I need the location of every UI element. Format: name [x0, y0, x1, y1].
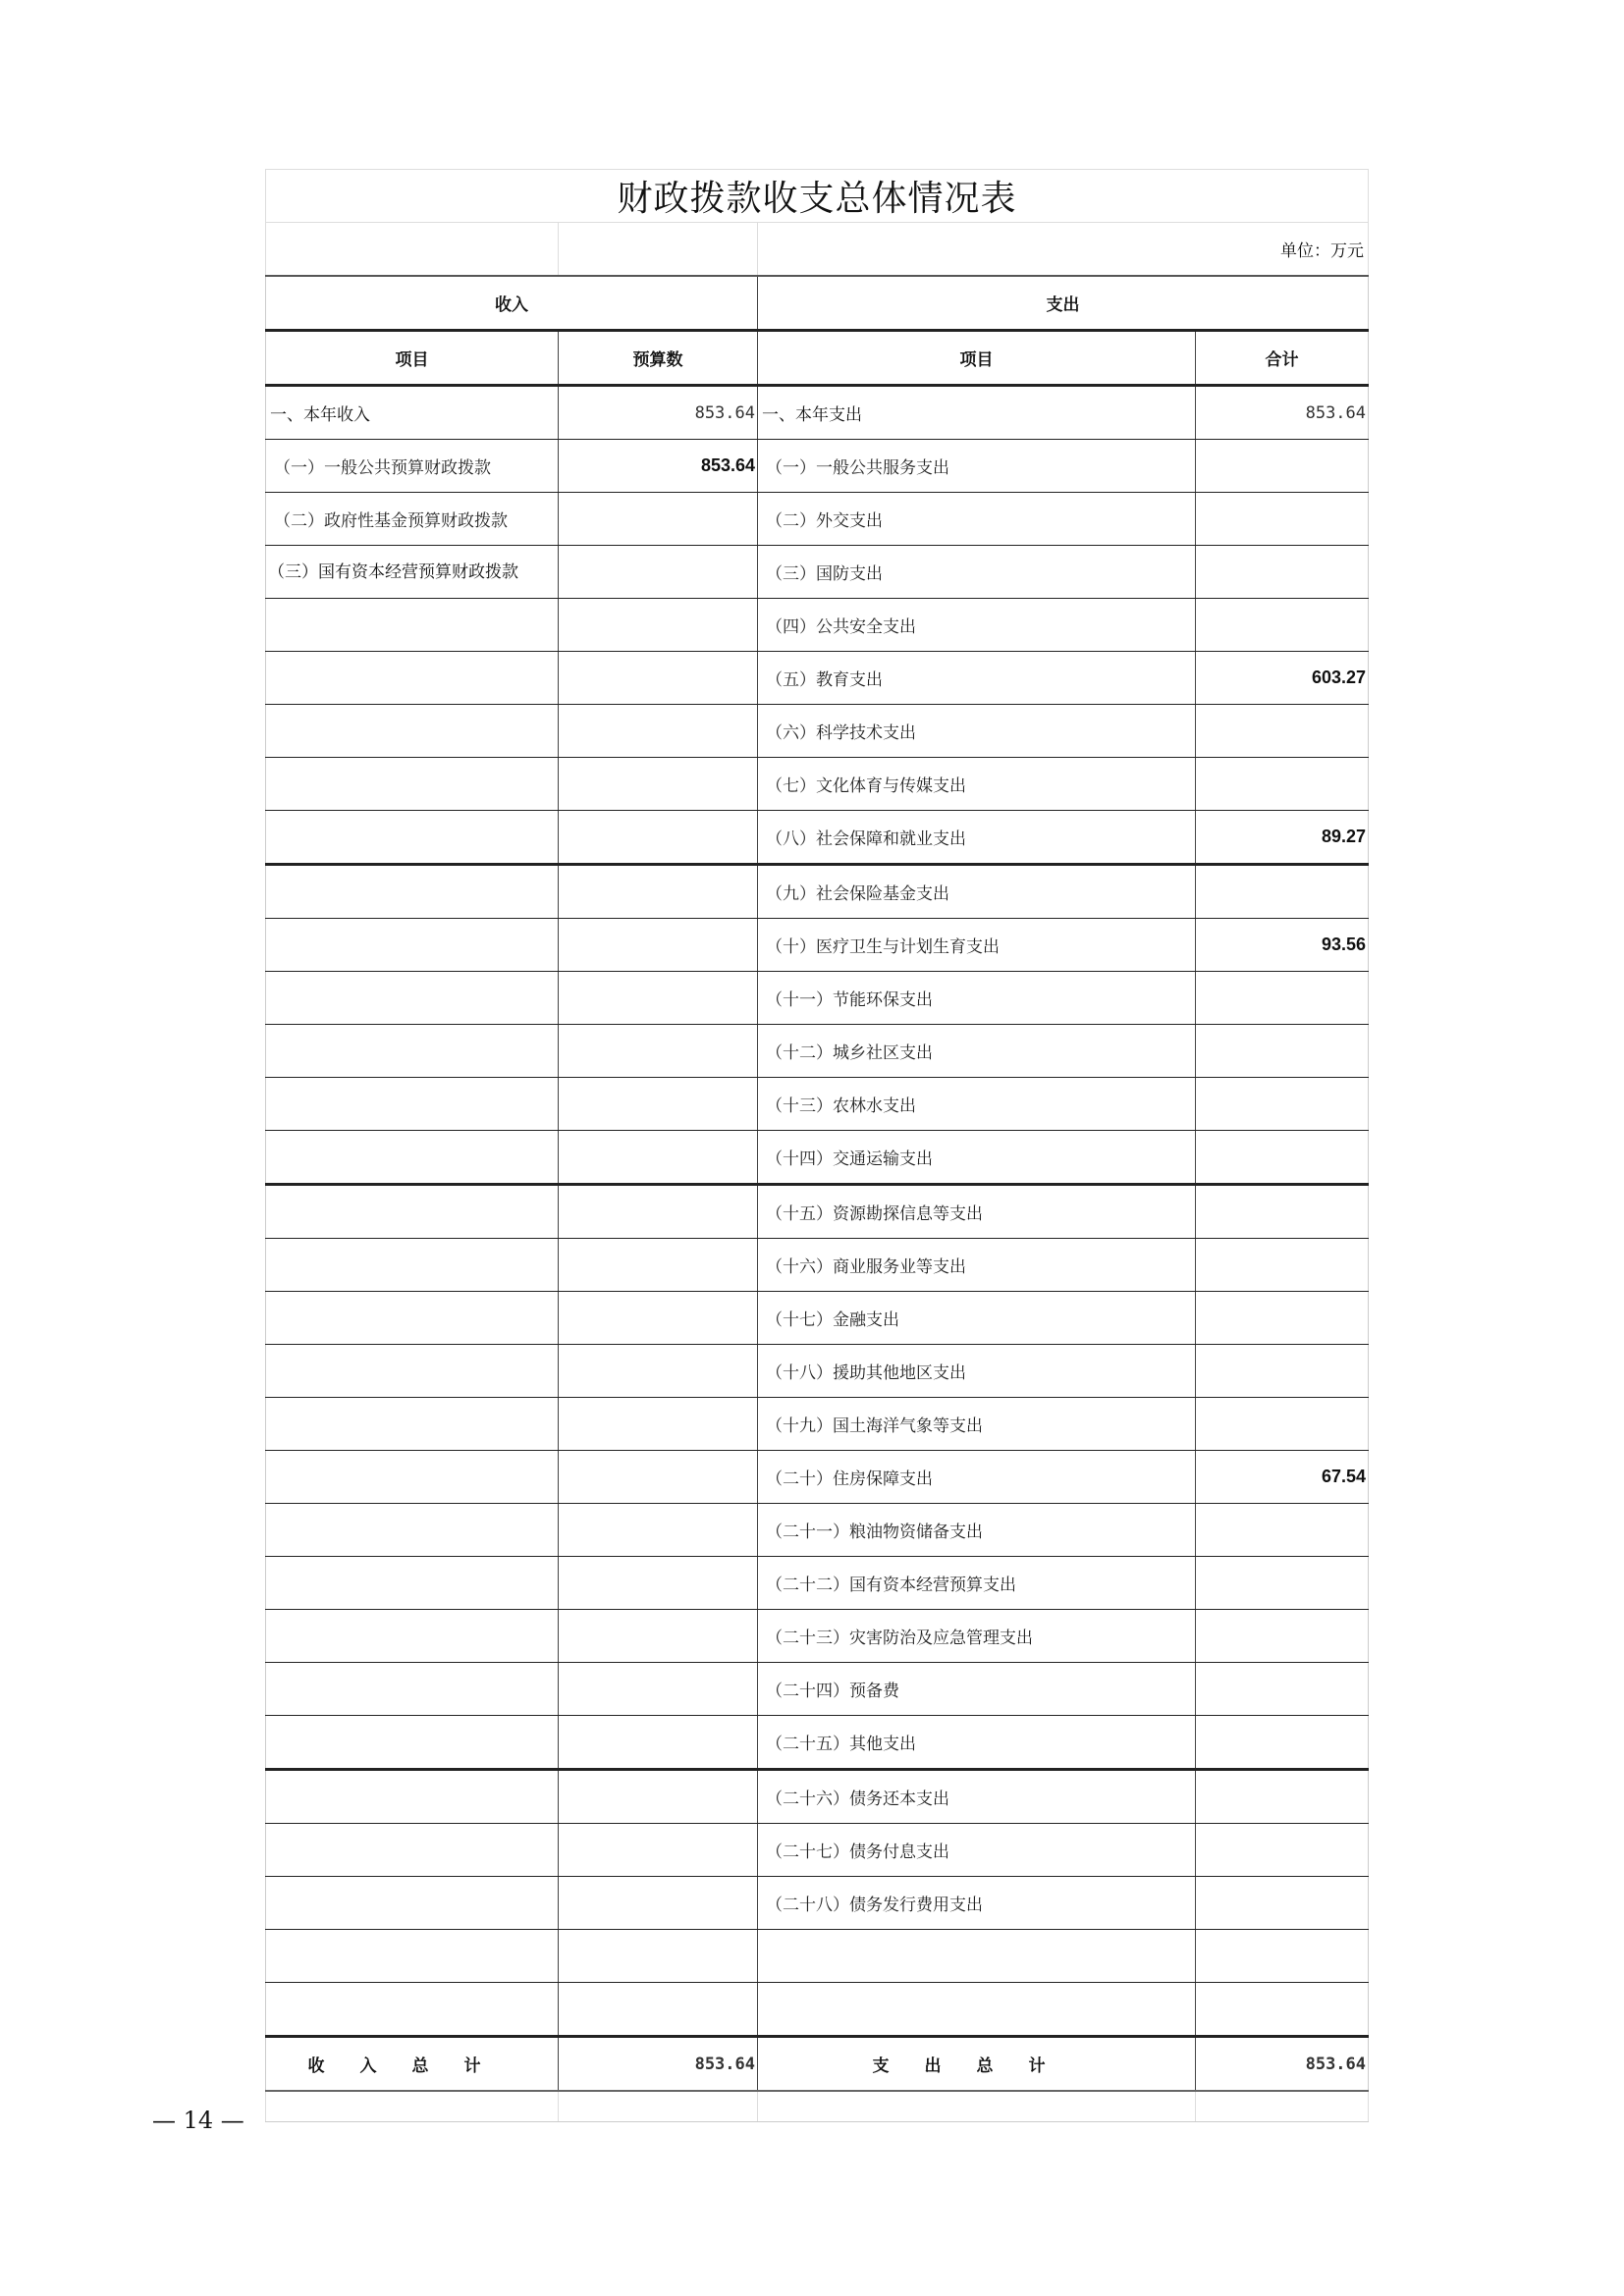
income-item-cell: （三）国有资本经营预算财政拨款	[266, 546, 559, 599]
expense-amount-cell	[1196, 1292, 1369, 1345]
income-item-cell	[266, 1930, 559, 1983]
blank-cell	[1196, 2091, 1369, 2122]
income-amount-cell: 853.64	[559, 440, 758, 493]
income-item-cell	[266, 1610, 559, 1663]
income-amount-cell	[559, 493, 758, 546]
income-amount-cell	[559, 652, 758, 705]
expense-item-cell: （十九）国土海洋气象等支出	[758, 1398, 1196, 1451]
fiscal-appropriation-table: 财政拨款收支总体情况表 单位：万元 收入 支出 项目 预算数 项目 合计 一、本…	[265, 169, 1369, 2122]
income-item-cell	[266, 1716, 559, 1770]
income-amount-cell	[559, 1185, 758, 1239]
income-item-cell	[266, 1504, 559, 1557]
expense-section-header: 支出	[758, 276, 1369, 331]
expense-item-cell: （五）教育支出	[758, 652, 1196, 705]
income-amount-cell	[559, 1078, 758, 1131]
expense-amount-cell	[1196, 599, 1369, 652]
expense-item-cell: （七）文化体育与传媒支出	[758, 758, 1196, 811]
expense-amount-header: 合计	[1196, 331, 1369, 386]
table-row: （十九）国土海洋气象等支出	[266, 1398, 1369, 1451]
table-row: （八）社会保障和就业支出89.27	[266, 811, 1369, 865]
income-amount-cell	[559, 919, 758, 972]
budget-sheet: 财政拨款收支总体情况表 单位：万元 收入 支出 项目 预算数 项目 合计 一、本…	[265, 169, 1368, 2122]
income-item-cell	[266, 1557, 559, 1610]
page-number: — 14 —	[152, 2107, 244, 2134]
income-section-header: 收入	[266, 276, 758, 331]
expense-item-cell: （二十六）债务还本支出	[758, 1770, 1196, 1824]
expense-amount-cell	[1196, 705, 1369, 758]
expense-amount-cell	[1196, 972, 1369, 1025]
expense-item-cell: （二）外交支出	[758, 493, 1196, 546]
income-item-cell	[266, 652, 559, 705]
expense-amount-cell	[1196, 1930, 1369, 1983]
table-row: （六）科学技术支出	[266, 705, 1369, 758]
table-row: （一）一般公共预算财政拨款853.64（一）一般公共服务支出	[266, 440, 1369, 493]
table-row: （二十六）债务还本支出	[266, 1770, 1369, 1824]
table-title: 财政拨款收支总体情况表	[266, 170, 1369, 223]
income-item-cell	[266, 1398, 559, 1451]
expense-amount-cell	[1196, 1398, 1369, 1451]
expense-total-amount: 853.64	[1196, 2037, 1369, 2092]
expense-item-cell: （二十二）国有资本经营预算支出	[758, 1557, 1196, 1610]
income-item-cell	[266, 1025, 559, 1078]
table-row: （二十一）粮油物资储备支出	[266, 1504, 1369, 1557]
income-amount-cell	[559, 758, 758, 811]
blank-footer-row	[266, 2091, 1369, 2122]
income-item-cell	[266, 1185, 559, 1239]
expense-amount-cell	[1196, 493, 1369, 546]
table-row: （十二）城乡社区支出	[266, 1025, 1369, 1078]
expense-total-label: 支出总计	[758, 2037, 1196, 2092]
expense-item-cell: （十二）城乡社区支出	[758, 1025, 1196, 1078]
table-row: （七）文化体育与传媒支出	[266, 758, 1369, 811]
income-item-cell	[266, 919, 559, 972]
table-row	[266, 1930, 1369, 1983]
expense-item-cell: （二十五）其他支出	[758, 1716, 1196, 1770]
income-item-cell: （二）政府性基金预算财政拨款	[266, 493, 559, 546]
expense-item-cell: （八）社会保障和就业支出	[758, 811, 1196, 865]
income-item-cell	[266, 1345, 559, 1398]
income-item-cell: （一）一般公共预算财政拨款	[266, 440, 559, 493]
expense-item-header: 项目	[758, 331, 1196, 386]
blank-cell	[758, 2091, 1196, 2122]
income-amount-cell	[559, 1824, 758, 1877]
income-item-cell: 一、本年收入	[266, 386, 559, 440]
income-amount-header: 预算数	[559, 331, 758, 386]
income-item-cell	[266, 1131, 559, 1185]
table-row: （十）医疗卫生与计划生育支出93.56	[266, 919, 1369, 972]
table-row: （二十二）国有资本经营预算支出	[266, 1557, 1369, 1610]
income-item-cell	[266, 811, 559, 865]
income-item-cell	[266, 705, 559, 758]
expense-amount-cell	[1196, 1025, 1369, 1078]
table-row: （二十七）债务付息支出	[266, 1824, 1369, 1877]
income-amount-cell: 853.64	[559, 386, 758, 440]
blank-cell	[266, 223, 559, 277]
income-amount-cell	[559, 1025, 758, 1078]
expense-item-cell	[758, 1983, 1196, 2037]
expense-item-cell: （十八）援助其他地区支出	[758, 1345, 1196, 1398]
income-item-cell	[266, 1983, 559, 2037]
blank-cell	[266, 2091, 559, 2122]
expense-item-cell: （二十一）粮油物资储备支出	[758, 1504, 1196, 1557]
expense-amount-cell	[1196, 1663, 1369, 1716]
expense-amount-cell	[1196, 1610, 1369, 1663]
expense-item-cell: （十六）商业服务业等支出	[758, 1239, 1196, 1292]
totals-row: 收入总计853.64支出总计853.64	[266, 2037, 1369, 2092]
income-item-cell	[266, 1663, 559, 1716]
table-row: （二十五）其他支出	[266, 1716, 1369, 1770]
expense-item-cell: （十五）资源勘探信息等支出	[758, 1185, 1196, 1239]
expense-item-cell	[758, 1930, 1196, 1983]
income-amount-cell	[559, 1398, 758, 1451]
table-row: （二十三）灾害防治及应急管理支出	[266, 1610, 1369, 1663]
table-row: （十八）援助其他地区支出	[266, 1345, 1369, 1398]
expense-amount-cell	[1196, 865, 1369, 919]
blank-cell	[559, 2091, 758, 2122]
expense-item-cell: （十三）农林水支出	[758, 1078, 1196, 1131]
income-total-label: 收入总计	[266, 2037, 559, 2092]
expense-item-cell: （十四）交通运输支出	[758, 1131, 1196, 1185]
income-total-amount: 853.64	[559, 2037, 758, 2092]
expense-item-cell: （二十七）债务付息支出	[758, 1824, 1196, 1877]
income-amount-cell	[559, 1239, 758, 1292]
expense-item-cell: （六）科学技术支出	[758, 705, 1196, 758]
income-amount-cell	[559, 1292, 758, 1345]
expense-amount-cell	[1196, 1239, 1369, 1292]
expense-amount-cell	[1196, 1078, 1369, 1131]
expense-amount-cell	[1196, 546, 1369, 599]
expense-amount-cell: 93.56	[1196, 919, 1369, 972]
unit-label: 单位：万元	[758, 223, 1369, 277]
income-item-header: 项目	[266, 331, 559, 386]
income-item-cell	[266, 1451, 559, 1504]
table-row: （四）公共安全支出	[266, 599, 1369, 652]
income-amount-cell	[559, 1663, 758, 1716]
income-amount-cell	[559, 599, 758, 652]
expense-amount-cell	[1196, 440, 1369, 493]
income-amount-cell	[559, 1930, 758, 1983]
expense-item-cell: （三）国防支出	[758, 546, 1196, 599]
table-row: （十五）资源勘探信息等支出	[266, 1185, 1369, 1239]
income-amount-cell	[559, 1610, 758, 1663]
table-row: （二十八）债务发行费用支出	[266, 1877, 1369, 1930]
table-row: （五）教育支出603.27	[266, 652, 1369, 705]
blank-cell	[559, 223, 758, 277]
table-row: （二）政府性基金预算财政拨款（二）外交支出	[266, 493, 1369, 546]
expense-amount-cell	[1196, 1877, 1369, 1930]
expense-amount-cell: 603.27	[1196, 652, 1369, 705]
expense-item-cell: （二十四）预备费	[758, 1663, 1196, 1716]
income-item-cell	[266, 1877, 559, 1930]
income-item-cell	[266, 972, 559, 1025]
income-amount-cell	[559, 1877, 758, 1930]
table-row: （十一）节能环保支出	[266, 972, 1369, 1025]
expense-amount-cell	[1196, 1131, 1369, 1185]
expense-item-cell: （四）公共安全支出	[758, 599, 1196, 652]
expense-item-cell: 一、本年支出	[758, 386, 1196, 440]
income-amount-cell	[559, 972, 758, 1025]
income-amount-cell	[559, 1770, 758, 1824]
expense-amount-cell	[1196, 1770, 1369, 1824]
expense-amount-cell	[1196, 1716, 1369, 1770]
table-row: （十三）农林水支出	[266, 1078, 1369, 1131]
income-item-cell	[266, 1239, 559, 1292]
income-amount-cell	[559, 1983, 758, 2037]
income-item-cell	[266, 1292, 559, 1345]
income-amount-cell	[559, 811, 758, 865]
expense-item-cell: （二十）住房保障支出	[758, 1451, 1196, 1504]
income-amount-cell	[559, 1557, 758, 1610]
expense-item-cell: （一）一般公共服务支出	[758, 440, 1196, 493]
table-row: （三）国有资本经营预算财政拨款（三）国防支出	[266, 546, 1369, 599]
table-row: 一、本年收入853.64一、本年支出853.64	[266, 386, 1369, 440]
income-item-cell	[266, 1078, 559, 1131]
income-item-cell	[266, 599, 559, 652]
income-amount-cell	[559, 1131, 758, 1185]
expense-amount-cell	[1196, 1185, 1369, 1239]
expense-amount-cell	[1196, 1504, 1369, 1557]
income-amount-cell	[559, 1504, 758, 1557]
income-amount-cell	[559, 1451, 758, 1504]
table-row: （九）社会保险基金支出	[266, 865, 1369, 919]
expense-amount-cell: 853.64	[1196, 386, 1369, 440]
expense-amount-cell	[1196, 1557, 1369, 1610]
expense-item-cell: （九）社会保险基金支出	[758, 865, 1196, 919]
income-amount-cell	[559, 865, 758, 919]
table-row	[266, 1983, 1369, 2037]
expense-item-cell: （十一）节能环保支出	[758, 972, 1196, 1025]
expense-item-cell: （十）医疗卫生与计划生育支出	[758, 919, 1196, 972]
expense-amount-cell: 89.27	[1196, 811, 1369, 865]
expense-item-cell: （二十八）债务发行费用支出	[758, 1877, 1196, 1930]
expense-item-cell: （二十三）灾害防治及应急管理支出	[758, 1610, 1196, 1663]
income-amount-cell	[559, 705, 758, 758]
table-row: （十七）金融支出	[266, 1292, 1369, 1345]
expense-item-cell: （十七）金融支出	[758, 1292, 1196, 1345]
expense-amount-cell	[1196, 758, 1369, 811]
income-amount-cell	[559, 1716, 758, 1770]
income-amount-cell	[559, 1345, 758, 1398]
income-item-cell	[266, 865, 559, 919]
expense-amount-cell	[1196, 1983, 1369, 2037]
income-item-cell	[266, 1824, 559, 1877]
income-item-cell	[266, 758, 559, 811]
table-row: （十四）交通运输支出	[266, 1131, 1369, 1185]
income-item-cell	[266, 1770, 559, 1824]
income-amount-cell	[559, 546, 758, 599]
table-row: （十六）商业服务业等支出	[266, 1239, 1369, 1292]
table-row: （二十）住房保障支出67.54	[266, 1451, 1369, 1504]
expense-amount-cell	[1196, 1824, 1369, 1877]
expense-amount-cell: 67.54	[1196, 1451, 1369, 1504]
expense-amount-cell	[1196, 1345, 1369, 1398]
table-row: （二十四）预备费	[266, 1663, 1369, 1716]
